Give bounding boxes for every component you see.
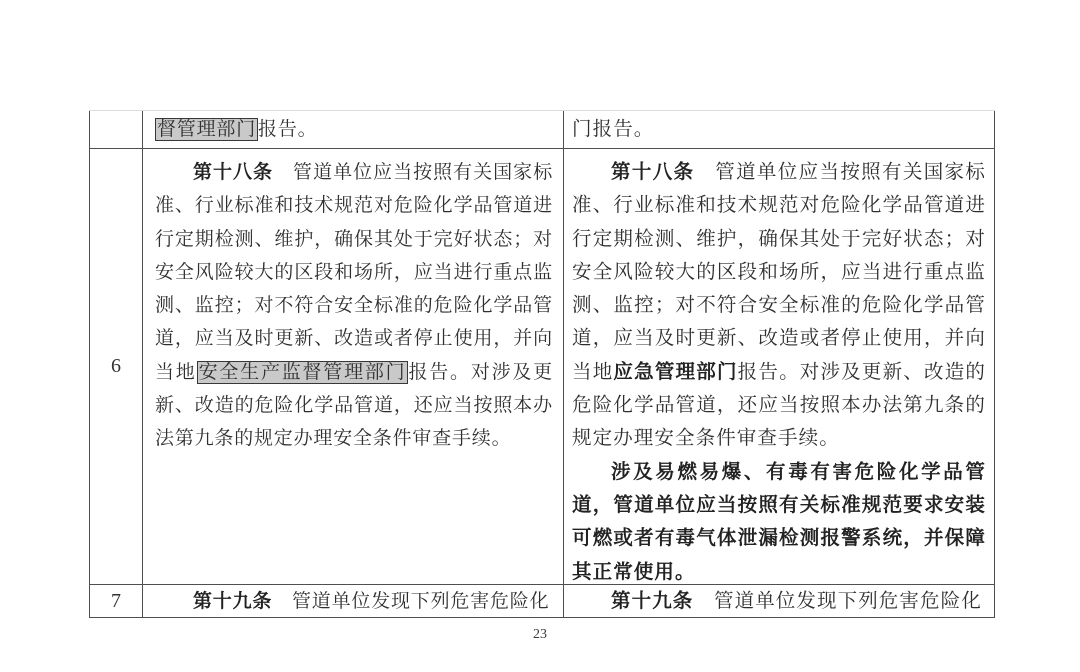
right-version-cell: 门报告。 — [563, 111, 995, 148]
text-run: 门报告。 — [572, 119, 654, 140]
bold-text-run: 第十八条 — [193, 162, 273, 183]
text-run: 管道单位发现下列危害危险化 — [272, 591, 549, 612]
table-row: 6第十八条 管道单位应当按照有关国家标准、行业标准和技术规范对危险化学品管道进行… — [89, 149, 995, 585]
text-run: 管道单位应当按照有关国家标准、行业标准和技术规范对危险化学品管道进行定期检测、维… — [572, 162, 986, 383]
text-run: 管道单位发现下列危害危险化 — [693, 591, 981, 612]
table-row: 7第十九条 管道单位发现下列危害危险化第十九条 管道单位发现下列危害危险化 — [89, 585, 995, 618]
bold-text-run: 第十九条 — [611, 591, 693, 612]
right-version-cell: 第十八条 管道单位应当按照有关国家标准、行业标准和技术规范对危险化学品管道进行定… — [563, 149, 995, 584]
paragraph: 第十九条 管道单位发现下列危害危险化 — [155, 585, 553, 617]
paragraph: 督管理部门报告。 — [155, 111, 553, 148]
bold-text-run: 第十九条 — [193, 591, 272, 612]
row-number-cell: 7 — [89, 585, 142, 617]
bold-text-run: 第十八条 — [611, 162, 694, 183]
left-version-cell: 督管理部门报告。 — [142, 111, 563, 148]
page-number: 23 — [0, 627, 1080, 643]
bold-text-run: 涉及易燃易爆、有毒有害危险化学品管道，管道单位应当按照有关标准规范要求安装可燃或… — [572, 462, 986, 583]
row-number-cell: 6 — [89, 149, 142, 584]
text-run: 管道单位应当按照有关国家标准、行业标准和技术规范对危险化学品管道进行定期检测、维… — [155, 162, 553, 383]
comparison-table: 督管理部门报告。门报告。6第十八条 管道单位应当按照有关国家标准、行业标准和技术… — [89, 110, 995, 618]
row-number-cell — [89, 111, 142, 148]
revision-box-term: 安全生产监督管理部门 — [197, 361, 409, 384]
paragraph: 第十八条 管道单位应当按照有关国家标准、行业标准和技术规范对危险化学品管道进行定… — [572, 156, 986, 456]
text-run: 报告。 — [258, 119, 317, 140]
paragraph: 涉及易燃易爆、有毒有害危险化学品管道，管道单位应当按照有关标准规范要求安装可燃或… — [572, 456, 986, 584]
left-version-cell: 第十九条 管道单位发现下列危害危险化 — [142, 585, 563, 617]
table-row: 督管理部门报告。门报告。 — [89, 111, 995, 149]
paragraph: 第十九条 管道单位发现下列危害危险化 — [572, 585, 986, 617]
right-version-cell: 第十九条 管道单位发现下列危害危险化 — [563, 585, 995, 617]
bold-text-run: 应急管理部门 — [613, 362, 737, 383]
left-version-cell: 第十八条 管道单位应当按照有关国家标准、行业标准和技术规范对危险化学品管道进行定… — [142, 149, 563, 584]
paragraph: 门报告。 — [572, 111, 986, 148]
revision-box-term: 督管理部门 — [155, 118, 258, 141]
paragraph: 第十八条 管道单位应当按照有关国家标准、行业标准和技术规范对危险化学品管道进行定… — [155, 156, 553, 456]
